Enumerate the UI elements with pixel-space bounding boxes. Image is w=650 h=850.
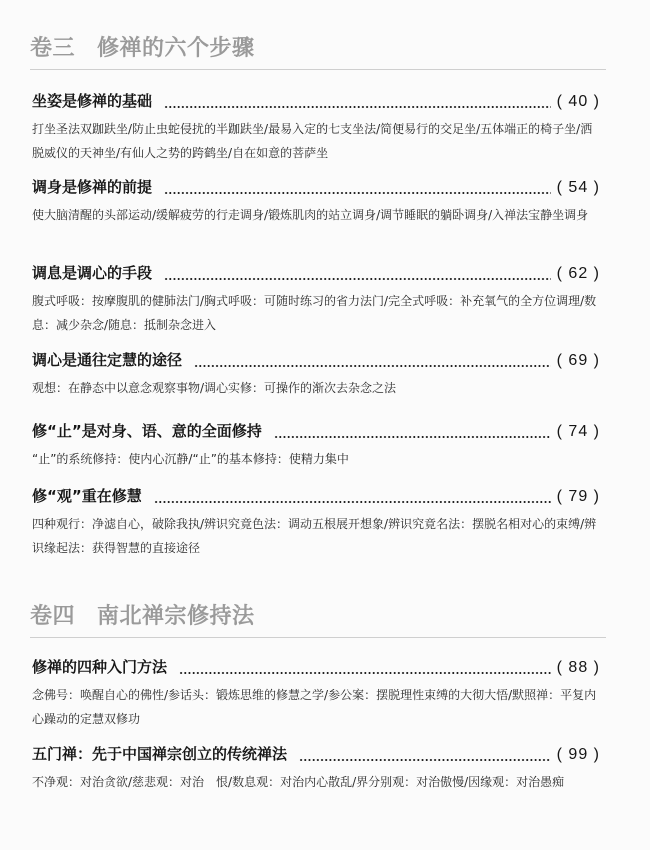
toc-entry[interactable]: 五门禅：先于中国禅宗创立的传统禅法 ( 99 ) 不净观：对治贪欲/慈悲观：对治… [32,742,600,794]
toc-entry-description: 观想：在静态中以意念观察事物/调心实修：可操作的渐次去杂念之法 [32,376,600,400]
toc-entry-title[interactable]: 调息是调心的手段 [32,261,164,285]
toc-entry-heading[interactable]: 调心是通往定慧的途径 ( 69 ) [32,348,600,372]
toc-entry-title[interactable]: 调心是通往定慧的途径 [32,348,194,372]
dot-leader [164,278,551,280]
volume-name: 南北禅宗修持法 [97,603,255,629]
toc-entry[interactable]: 调心是通往定慧的途径 ( 69 ) 观想：在静态中以意念观察事物/调心实修：可操… [32,348,600,400]
toc-entry[interactable]: 修“观”重在修慧 ( 79 ) 四种观行：净滤自心，破除我执/辨识究竟色法：调动… [32,484,600,560]
volume-label: 卷四 [30,601,75,631]
toc-entry-description: 四种观行：净滤自心，破除我执/辨识究竟色法：调动五根展开想象/辨识究竟名法：摆脱… [32,512,600,560]
toc-entry-heading[interactable]: 调息是调心的手段 ( 62 ) [32,261,600,285]
toc-entry-description: “止”的系统修持：使内心沉静/“止”的基本修持：使精力集中 [32,447,600,471]
toc-entry-heading[interactable]: 调身是修禅的前提 ( 54 ) [32,175,600,199]
page-number[interactable]: ( 99 ) [551,743,600,767]
volume-title: 卷四南北禅宗修持法 [30,601,606,631]
toc-entry-title[interactable]: 坐姿是修禅的基础 [32,89,164,113]
toc-entry-title[interactable]: 修“止”是对身、语、意的全面修持 [32,419,274,443]
toc-entry[interactable]: 调息是调心的手段 ( 62 ) 腹式呼吸：按摩腹肌的健肺法门/胸式呼吸：可随时练… [32,261,600,337]
toc-entry-title[interactable]: 五门禅：先于中国禅宗创立的传统禅法 [32,742,299,766]
volume-header-4: 卷四南北禅宗修持法 [30,601,606,638]
dot-leader [299,759,551,761]
toc-entry-description: 腹式呼吸：按摩腹肌的健肺法门/胸式呼吸：可随时练习的省力法门/完全式呼吸：补充氧… [32,289,600,337]
divider [30,69,606,70]
page-number[interactable]: ( 54 ) [551,176,600,200]
toc-entry[interactable]: 修禅的四种入门方法 ( 88 ) 念佛号：唤醒自心的佛性/参话头：锻炼思维的修慧… [32,655,600,731]
page-number[interactable]: ( 62 ) [551,262,600,286]
page-number[interactable]: ( 74 ) [551,420,600,444]
dot-leader [164,106,551,108]
toc-entry-description: 使大脑清醒的头部运动/缓解疲劳的行走调身/锻炼肌肉的站立调身/调节睡眠的躺卧调身… [32,203,600,227]
divider [30,637,606,638]
toc-entry-description: 不净观：对治贪欲/慈悲观：对治 恨/数息观：对治内心散乱/界分别观：对治傲慢/因… [32,770,600,794]
toc-entry-title[interactable]: 修“观”重在修慧 [32,484,154,508]
toc-entry[interactable]: 坐姿是修禅的基础 ( 40 ) 打坐圣法双跏趺坐/防止虫蛇侵扰的半跏趺坐/最易入… [32,89,600,165]
toc-entry[interactable]: 调身是修禅的前提 ( 54 ) 使大脑清醒的头部运动/缓解疲劳的行走调身/锻炼肌… [32,175,600,227]
toc-entry-description: 念佛号：唤醒自心的佛性/参话头：锻炼思维的修慧之学/参公案：摆脱理性束缚的大彻大… [32,683,600,731]
dot-leader [154,501,551,503]
toc-entry-heading[interactable]: 五门禅：先于中国禅宗创立的传统禅法 ( 99 ) [32,742,600,766]
toc-entry-title[interactable]: 调身是修禅的前提 [32,175,164,199]
volume-header-3: 卷三修禅的六个步骤 [30,33,606,70]
toc-entry-heading[interactable]: 修“观”重在修慧 ( 79 ) [32,484,600,508]
toc-entry-title[interactable]: 修禅的四种入门方法 [32,655,179,679]
toc-entry-heading[interactable]: 坐姿是修禅的基础 ( 40 ) [32,89,600,113]
page-number[interactable]: ( 79 ) [551,485,600,509]
page-number[interactable]: ( 40 ) [551,90,600,114]
toc-entry-heading[interactable]: 修禅的四种入门方法 ( 88 ) [32,655,600,679]
dot-leader [179,672,551,674]
toc-entry[interactable]: 修“止”是对身、语、意的全面修持 ( 74 ) “止”的系统修持：使内心沉静/“… [32,419,600,471]
page-number[interactable]: ( 88 ) [551,656,600,680]
dot-leader [164,192,551,194]
toc-entry-description: 打坐圣法双跏趺坐/防止虫蛇侵扰的半跏趺坐/最易入定的七支坐法/简便易行的交足坐/… [32,117,600,165]
volume-name: 修禅的六个步骤 [97,35,255,61]
page-number[interactable]: ( 69 ) [551,349,600,373]
volume-label: 卷三 [30,33,75,63]
toc-entry-heading[interactable]: 修“止”是对身、语、意的全面修持 ( 74 ) [32,419,600,443]
dot-leader [274,436,551,438]
dot-leader [194,365,551,367]
volume-title: 卷三修禅的六个步骤 [30,33,606,63]
